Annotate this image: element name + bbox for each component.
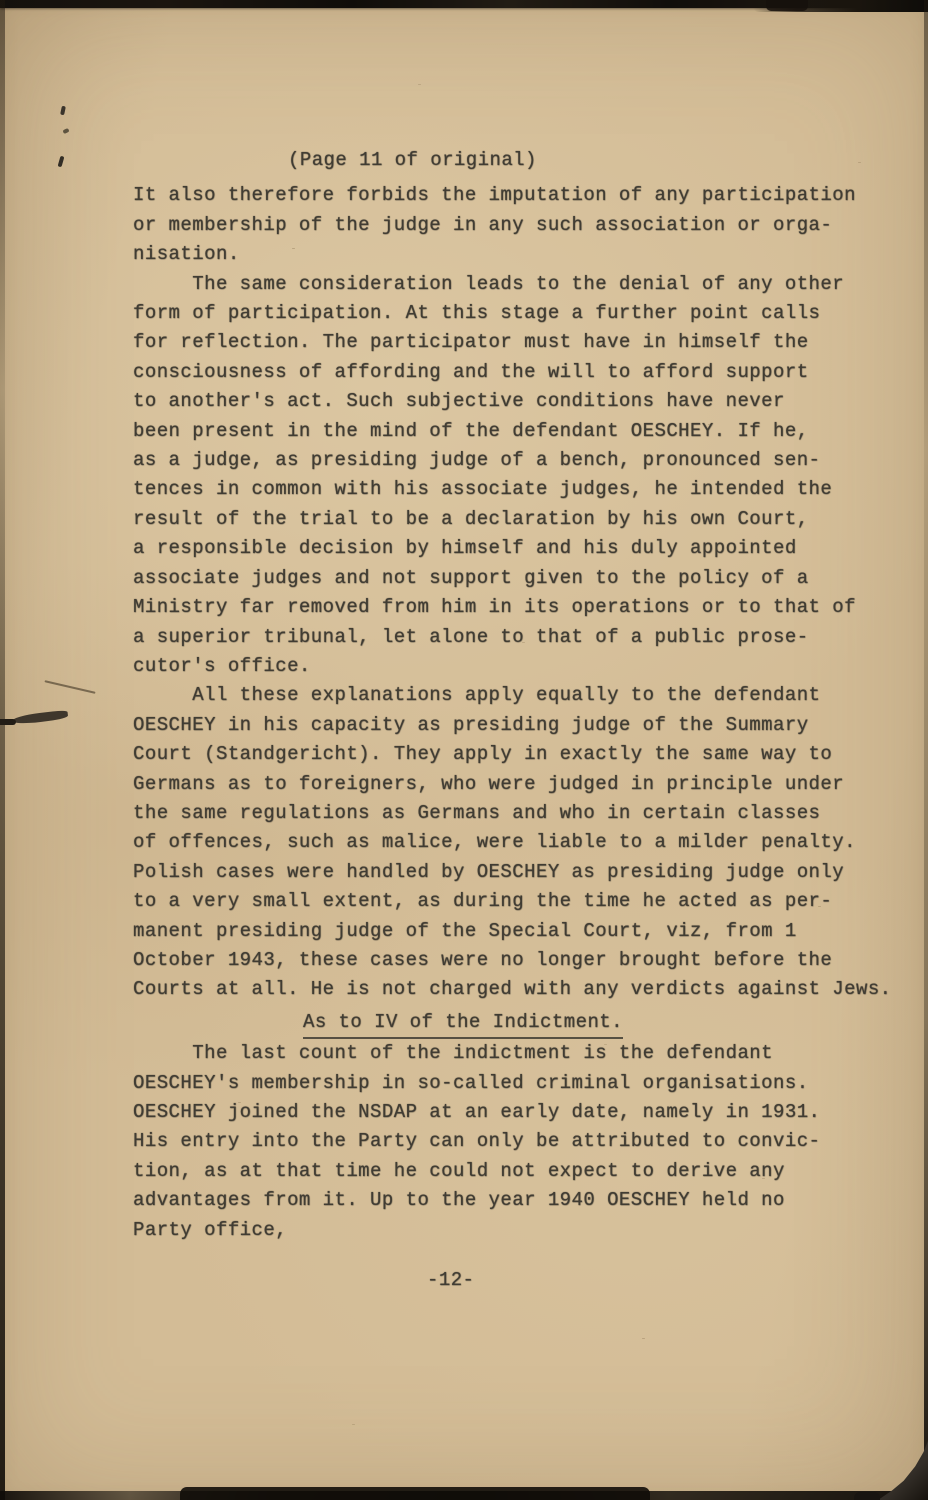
text-line: It also therefore forbids the imputation…: [133, 181, 913, 210]
text-line: His entry into the Party can only be att…: [133, 1127, 913, 1156]
typewritten-text-column: (Page 11 of original) It also therefore …: [133, 146, 913, 1295]
text-line: tences in common with his associate judg…: [133, 475, 913, 504]
text-line: OESCHEY's membership in so-called crimin…: [133, 1069, 913, 1098]
text-line: Ministry far removed from him in its ope…: [133, 593, 913, 622]
text-line: a responsible decision by himself and hi…: [133, 534, 913, 563]
text-line: Germans as to foreigners, who were judge…: [133, 770, 913, 799]
text-line: for reflection. The participator must ha…: [133, 328, 913, 357]
text-line: Court (Standgericht). They apply in exac…: [133, 740, 913, 769]
text-line: result of the trial to be a declaration …: [133, 505, 913, 534]
text-line: to another's act. Such subjective condit…: [133, 387, 913, 416]
text-line: nisation.: [133, 240, 913, 269]
text-line: to a very small extent, as during the ti…: [133, 887, 913, 916]
text-line: advantages from it. Up to the year 1940 …: [133, 1186, 913, 1215]
text-line: OESCHEY in his capacity as presiding jud…: [133, 711, 913, 740]
text-line: consciousness of affording and the will …: [133, 358, 913, 387]
text-line: The same consideration leads to the deni…: [133, 270, 913, 299]
text-line: cutor's office.: [133, 652, 913, 681]
text-line: the same regulations as Germans and who …: [133, 799, 913, 828]
text-line: OESCHEY joined the NSDAP at an early dat…: [133, 1098, 913, 1127]
text-line: The last count of the indictment is the …: [133, 1039, 913, 1068]
text-line: of offences, such as malice, were liable…: [133, 828, 913, 857]
text-line: a superior tribunal, let alone to that o…: [133, 623, 913, 652]
text-body: It also therefore forbids the imputation…: [133, 181, 913, 1245]
text-line: or membership of the judge in any such a…: [133, 211, 913, 240]
scanned-document-page: (Page 11 of original) It also therefore …: [0, 0, 928, 1500]
text-line: tion, as at that time he could not expec…: [133, 1157, 913, 1186]
text-line: been present in the mind of the defendan…: [133, 417, 913, 446]
paper-fiber-specks: [0, 0, 3, 1]
text-line: associate judges and not support given t…: [133, 564, 913, 593]
torn-corner-notch: [854, 1492, 880, 1500]
text-line: manent presiding judge of the Special Co…: [133, 917, 913, 946]
page-number: -12-: [427, 1266, 913, 1295]
text-line: Courts at all. He is not charged with an…: [133, 975, 913, 1004]
page-header: (Page 11 of original): [288, 146, 913, 175]
text-line: as a judge, as presiding judge of a benc…: [133, 446, 913, 475]
text-line: October 1943, these cases were no longer…: [133, 946, 913, 975]
text-line: All these explanations apply equally to …: [133, 681, 913, 710]
text-line: Party office,: [133, 1216, 913, 1245]
text-line: form of participation. At this stage a f…: [133, 299, 913, 328]
text-line: Polish cases were handled by OESCHEY as …: [133, 858, 913, 887]
section-heading: As to IV of the Indictment.: [303, 1008, 623, 1039]
